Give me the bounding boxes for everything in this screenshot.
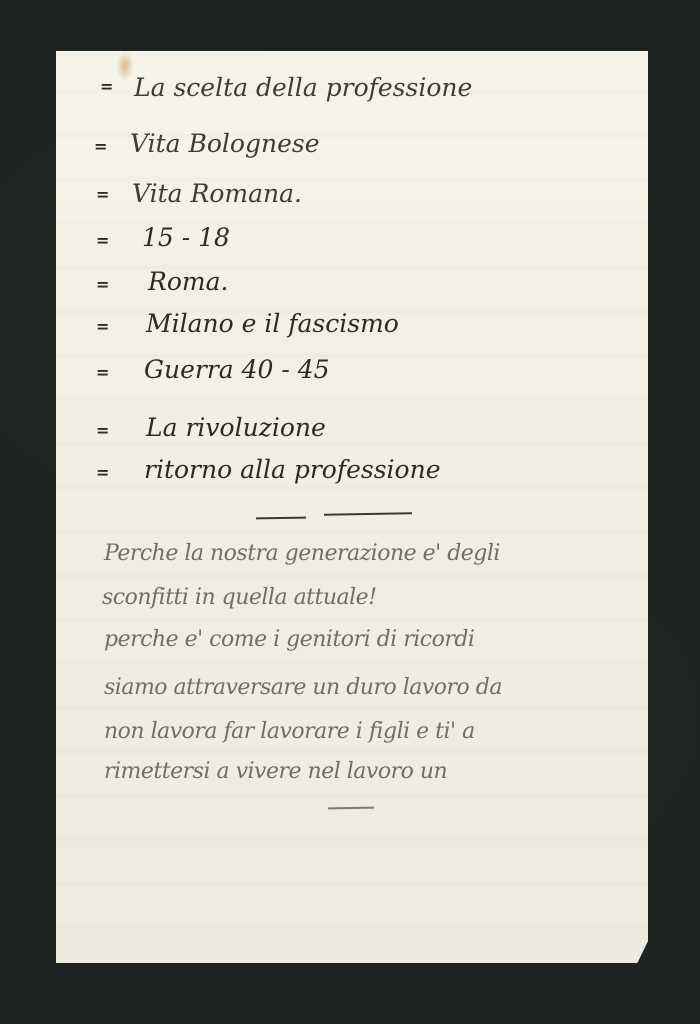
- paragraph-line: perche e' come i genitori di ricordi: [104, 627, 474, 652]
- rust-stain: [116, 51, 134, 81]
- list-bullet: =: [96, 231, 109, 250]
- list-item: La scelta della professione: [134, 73, 472, 102]
- list-item: 15 - 18: [142, 223, 230, 252]
- list-item: La rivoluzione: [146, 413, 326, 442]
- manuscript-page: ​ = La scelta della professione = Vita B…: [56, 51, 648, 963]
- list-bullet: =: [96, 317, 109, 336]
- list-item: ritorno alla professione: [144, 455, 441, 484]
- list-bullet: =: [96, 421, 109, 440]
- paragraph-line: Perche la nostra generazione e' degli: [104, 541, 500, 566]
- list-item: Vita Bolognese: [130, 129, 320, 158]
- list-bullet: =: [96, 275, 109, 294]
- list-item: Roma.: [148, 267, 228, 296]
- list-bullet: =: [96, 363, 109, 382]
- separator-line: [324, 512, 412, 516]
- list-item: Guerra 40 - 45: [144, 355, 330, 384]
- paragraph-line: sconfitti in quella attuale!: [102, 585, 377, 610]
- list-bullet: =: [96, 463, 109, 482]
- list-bullet: =: [100, 77, 113, 96]
- list-bullet: =: [94, 137, 107, 156]
- list-item: Milano e il fascismo: [146, 309, 399, 338]
- paragraph-line: rimettersi a vivere nel lavoro un: [104, 759, 447, 784]
- list-bullet: =: [96, 185, 109, 204]
- separator-line: [256, 517, 306, 520]
- list-item: Vita Romana.: [132, 179, 302, 208]
- paragraph-line: non lavora far lavorare i figli e ti' a: [104, 719, 475, 744]
- paragraph-line: siamo attraversare un duro lavoro da: [104, 675, 502, 700]
- end-mark: [328, 807, 374, 810]
